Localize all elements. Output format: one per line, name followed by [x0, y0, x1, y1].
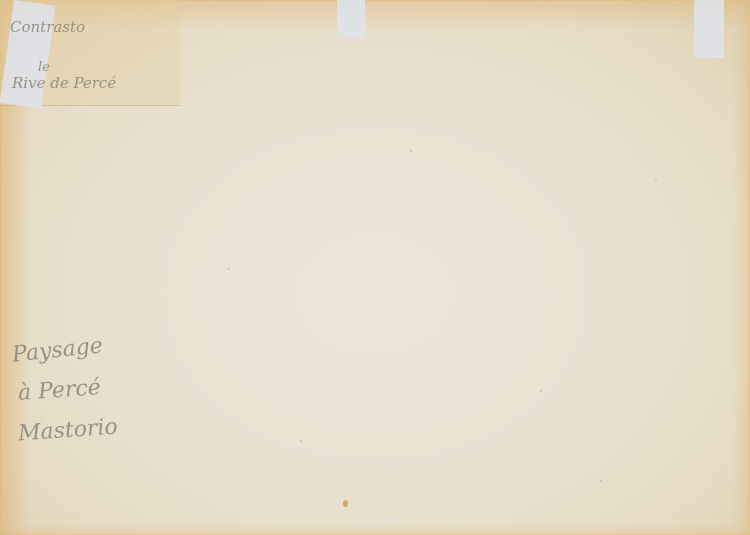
tape-strip-right [694, 0, 724, 58]
paper-sheet: Contrasto le Rive de Percé Paysage à Per… [0, 0, 750, 535]
speck [300, 440, 302, 442]
speck [655, 180, 657, 182]
speck [410, 150, 412, 152]
aged-right-edge [732, 0, 750, 535]
inscription-top-line3: Rive de Percé [12, 74, 116, 92]
speck [540, 390, 542, 392]
inscription-bottom-line3: Mastorio [17, 415, 118, 447]
inscription-top-line1: Contrasto [10, 18, 85, 36]
speck [228, 268, 230, 270]
speck [600, 480, 602, 482]
aged-bottom-edge [0, 523, 750, 535]
inscription-bottom-line2: à Percé [17, 375, 101, 406]
tape-strip-center [337, 0, 365, 38]
inscription-top-line2: le [38, 60, 50, 75]
stain-spot [343, 500, 348, 507]
